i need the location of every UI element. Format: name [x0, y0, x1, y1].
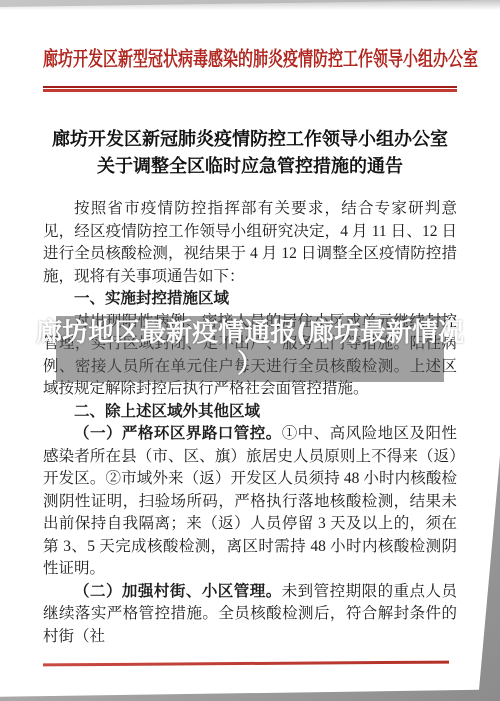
- overlay-title-line1: 廊坊地区最新疫情通报(廊坊最新情况: [36, 318, 464, 349]
- doc-paragraph: 按照省市疫情防控指挥部有关要求，结合专家研判意见，经区疫情防控工作领导小组研究决…: [43, 198, 457, 288]
- footer-divider: [43, 661, 449, 667]
- letterhead-org-line: 廊坊开发区新型冠状病毒感染的肺炎疫情防控工作领导小组办公室: [43, 50, 457, 72]
- news-title-overlay: 廊坊地区最新疫情通报(廊坊最新情况 ）: [56, 316, 444, 382]
- page-number: - 1 -: [43, 689, 457, 701]
- letterhead-org-text: 廊坊开发区新型冠状病毒感染的肺炎疫情防控工作领导小组办公室: [43, 47, 478, 73]
- document-title-line1: 廊坊开发区新冠肺炎疫情防控工作领导小组办公室: [43, 126, 457, 153]
- screenshot-root: 廊坊开发区新型冠状病毒感染的肺炎疫情防控工作领导小组办公室 廊坊开发区新冠肺炎疫…: [0, 0, 500, 701]
- divider-line-red: [43, 89, 457, 92]
- overlay-title-line2: ）: [237, 349, 263, 380]
- document-title: 廊坊开发区新冠肺炎疫情防控工作领导小组办公室 关于调整全区临时应急管控措施的通告: [43, 126, 457, 180]
- document-title-line2: 关于调整全区临时应急管控措施的通告: [43, 153, 457, 180]
- doc-paragraph: 二、除上述区域外其他区域: [43, 401, 457, 424]
- doc-paragraph: （二）加强村街、小区管理。未到管控期限的重点人员继续落实严格管控措施。全员核酸检…: [43, 581, 457, 649]
- letterhead-divider: [43, 86, 457, 92]
- doc-paragraph: 一、实施封控措施区域: [43, 288, 457, 311]
- document-body: 按照省市疫情防控指挥部有关要求，结合专家研判意见，经区疫情防控工作领导小组研究决…: [43, 198, 457, 648]
- doc-paragraph: （一）严格环区界路口管控。①中、高风险地区及阳性感染者所在县（市、区、旗）旅居史…: [43, 423, 457, 581]
